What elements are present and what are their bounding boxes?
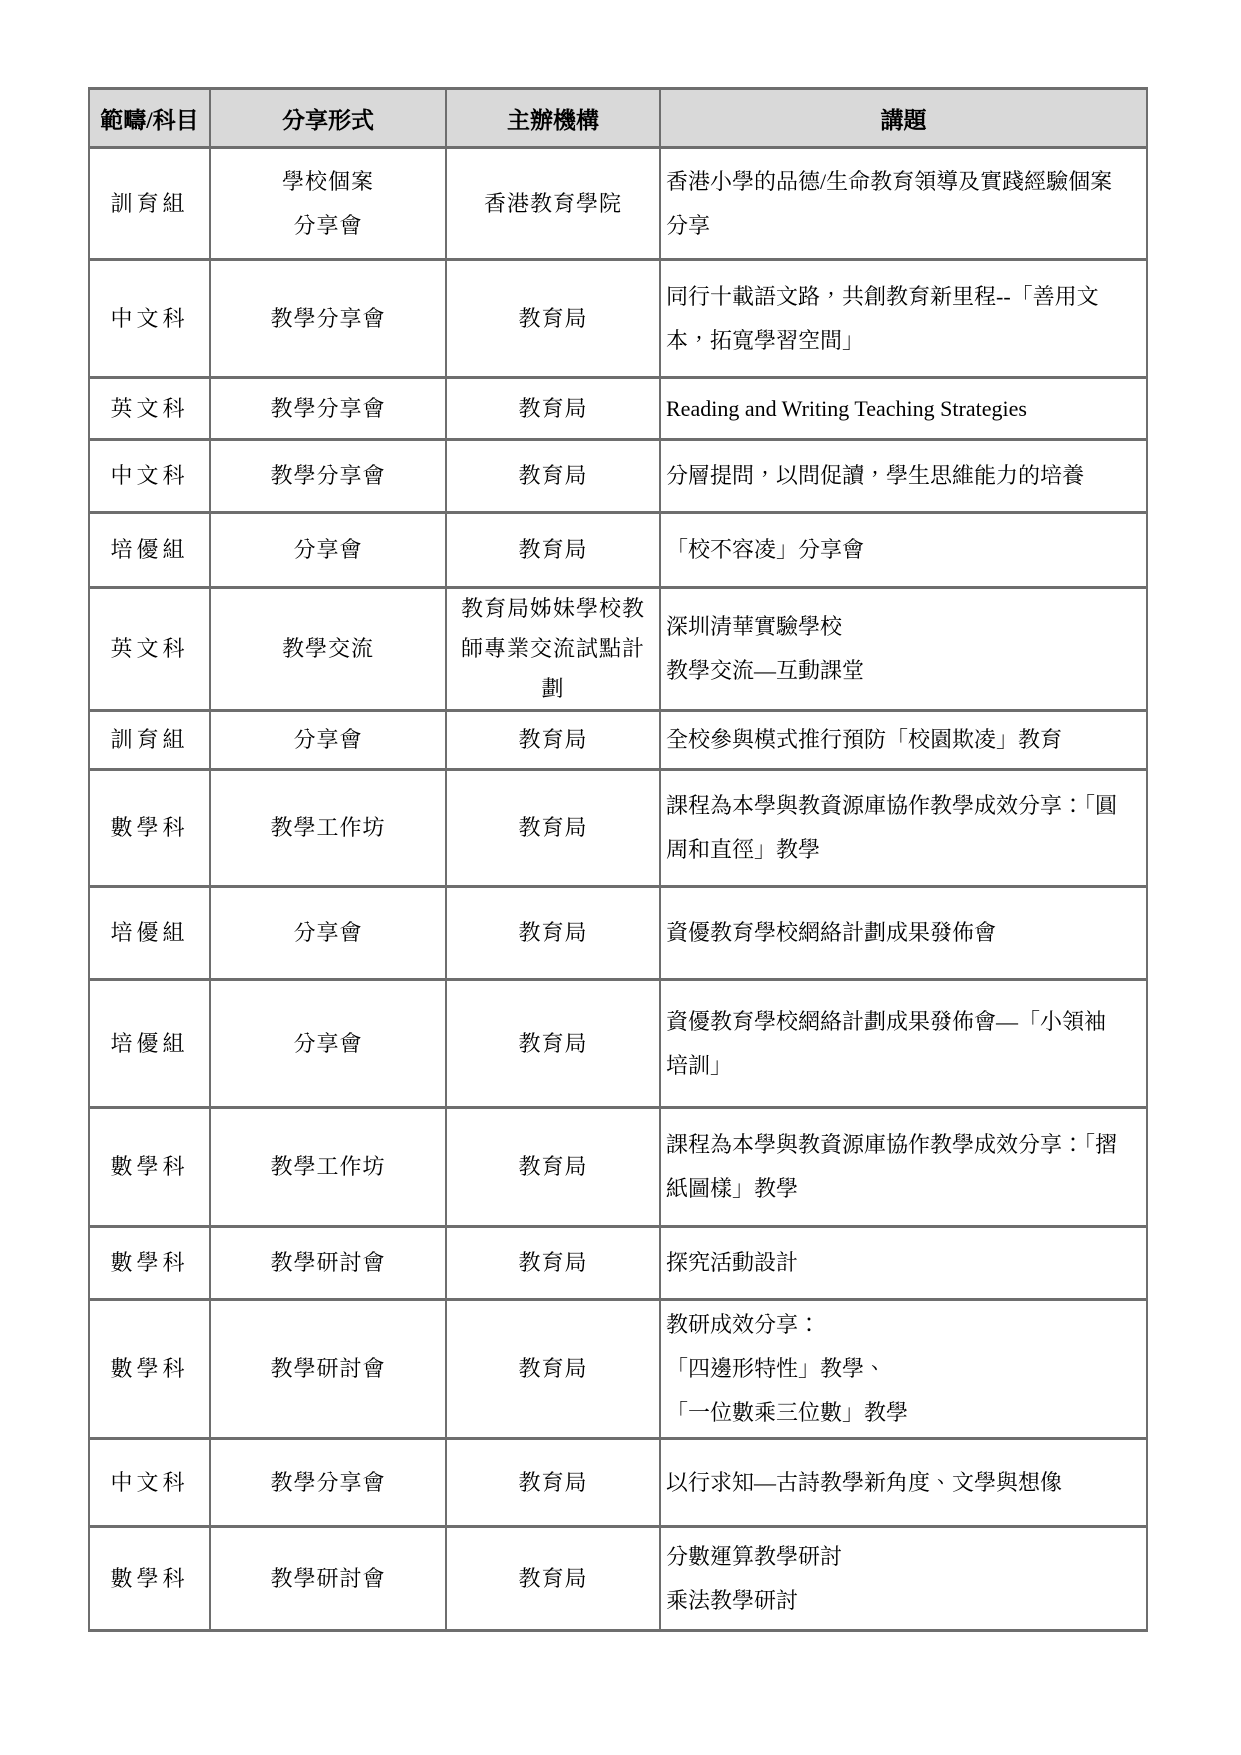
table-row: 英文科 教學分享會 教育局 Reading and Writing Teachi… xyxy=(89,378,1147,440)
cell-category: 數學科 xyxy=(89,1527,210,1631)
table-row: 數學科 教學研討會 教育局 探究活動設計 xyxy=(89,1227,1147,1300)
cell-category: 英文科 xyxy=(89,588,210,711)
cell-topic: 全校參與模式推行預防「校園欺凌」教育 xyxy=(660,711,1147,770)
cell-topic: 教研成效分享： 「四邊形特性」教學、 「一位數乘三位數」教學 xyxy=(660,1300,1147,1439)
cell-format: 分享會 xyxy=(210,887,446,980)
table-row: 數學科 教學研討會 教育局 教研成效分享： 「四邊形特性」教學、 「一位數乘三位… xyxy=(89,1300,1147,1439)
cell-format: 分享會 xyxy=(210,980,446,1108)
cell-format: 教學分享會 xyxy=(210,440,446,513)
cell-topic: 以行求知—古詩教學新角度、文學與想像 xyxy=(660,1439,1147,1527)
cell-format: 教學交流 xyxy=(210,588,446,711)
cell-organizer: 教育局 xyxy=(446,770,660,887)
cell-category: 數學科 xyxy=(89,770,210,887)
cell-category: 培優組 xyxy=(89,980,210,1108)
cell-category: 數學科 xyxy=(89,1108,210,1227)
cell-category: 英文科 xyxy=(89,378,210,440)
cell-organizer: 教育局姊妹學校教師專業交流試點計劃 xyxy=(446,588,660,711)
cell-topic: 資優教育學校網絡計劃成果發佈會—「小領袖培訓」 xyxy=(660,980,1147,1108)
table-row: 中文科 教學分享會 教育局 同行十載語文路，共創教育新里程--「善用文本，拓寬學… xyxy=(89,260,1147,378)
table-row: 培優組 分享會 教育局 資優教育學校網絡計劃成果發佈會 xyxy=(89,887,1147,980)
table-row: 數學科 教學工作坊 教育局 課程為本學與教資源庫協作教學成效分享：「圓周和直徑」… xyxy=(89,770,1147,887)
cell-organizer: 教育局 xyxy=(446,513,660,588)
cell-organizer: 教育局 xyxy=(446,980,660,1108)
cell-format: 分享會 xyxy=(210,513,446,588)
cell-format: 教學分享會 xyxy=(210,378,446,440)
table-row: 數學科 教學工作坊 教育局 課程為本學與教資源庫協作教學成效分享：「摺紙圖樣」教… xyxy=(89,1108,1147,1227)
cell-category: 中文科 xyxy=(89,260,210,378)
cell-category: 培優組 xyxy=(89,887,210,980)
cell-topic: 資優教育學校網絡計劃成果發佈會 xyxy=(660,887,1147,980)
table-header-row: 範疇/科目 分享形式 主辦機構 講題 xyxy=(89,89,1147,148)
cell-topic: Reading and Writing Teaching Strategies xyxy=(660,378,1147,440)
cell-format: 教學工作坊 xyxy=(210,1108,446,1227)
cell-topic: 同行十載語文路，共創教育新里程--「善用文本，拓寬學習空間」 xyxy=(660,260,1147,378)
cell-organizer: 教育局 xyxy=(446,1300,660,1439)
cell-category: 中文科 xyxy=(89,1439,210,1527)
cell-topic: 香港小學的品德/生命教育領導及實踐經驗個案分享 xyxy=(660,148,1147,260)
table-row: 數學科 教學研討會 教育局 分數運算教學研討 乘法教學研討 xyxy=(89,1527,1147,1631)
column-header-category: 範疇/科目 xyxy=(89,89,210,148)
cell-category: 培優組 xyxy=(89,513,210,588)
cell-category: 數學科 xyxy=(89,1227,210,1300)
table-row: 中文科 教學分享會 教育局 以行求知—古詩教學新角度、文學與想像 xyxy=(89,1439,1147,1527)
cell-organizer: 教育局 xyxy=(446,440,660,513)
cell-topic: 深圳清華實驗學校 教學交流—互動課堂 xyxy=(660,588,1147,711)
cell-format: 學校個案 分享會 xyxy=(210,148,446,260)
column-header-topic: 講題 xyxy=(660,89,1147,148)
cell-category: 訓育組 xyxy=(89,148,210,260)
sharing-sessions-table: 範疇/科目 分享形式 主辦機構 講題 訓育組 學校個案 分享會 香港教育學院 香… xyxy=(88,87,1148,1632)
cell-topic: 課程為本學與教資源庫協作教學成效分享：「圓周和直徑」教學 xyxy=(660,770,1147,887)
cell-format: 分享會 xyxy=(210,711,446,770)
table-row: 培優組 分享會 教育局 資優教育學校網絡計劃成果發佈會—「小領袖培訓」 xyxy=(89,980,1147,1108)
table-row: 訓育組 分享會 教育局 全校參與模式推行預防「校園欺凌」教育 xyxy=(89,711,1147,770)
table-row: 訓育組 學校個案 分享會 香港教育學院 香港小學的品德/生命教育領導及實踐經驗個… xyxy=(89,148,1147,260)
cell-format: 教學研討會 xyxy=(210,1300,446,1439)
cell-organizer: 教育局 xyxy=(446,1527,660,1631)
cell-topic: 分層提問，以問促讀，學生思維能力的培養 xyxy=(660,440,1147,513)
cell-organizer: 教育局 xyxy=(446,378,660,440)
table-row: 培優組 分享會 教育局 「校不容凌」分享會 xyxy=(89,513,1147,588)
cell-format: 教學分享會 xyxy=(210,260,446,378)
cell-format: 教學工作坊 xyxy=(210,770,446,887)
document-page: 範疇/科目 分享形式 主辦機構 講題 訓育組 學校個案 分享會 香港教育學院 香… xyxy=(0,0,1241,1755)
cell-format: 教學研討會 xyxy=(210,1527,446,1631)
cell-category: 訓育組 xyxy=(89,711,210,770)
cell-category: 數學科 xyxy=(89,1300,210,1439)
table-body: 訓育組 學校個案 分享會 香港教育學院 香港小學的品德/生命教育領導及實踐經驗個… xyxy=(89,148,1147,1631)
column-header-organizer: 主辦機構 xyxy=(446,89,660,148)
table-header: 範疇/科目 分享形式 主辦機構 講題 xyxy=(89,89,1147,148)
cell-organizer: 教育局 xyxy=(446,1439,660,1527)
cell-organizer: 香港教育學院 xyxy=(446,148,660,260)
cell-format: 教學研討會 xyxy=(210,1227,446,1300)
cell-topic: 探究活動設計 xyxy=(660,1227,1147,1300)
cell-topic: 分數運算教學研討 乘法教學研討 xyxy=(660,1527,1147,1631)
cell-organizer: 教育局 xyxy=(446,260,660,378)
cell-topic: 課程為本學與教資源庫協作教學成效分享：「摺紙圖樣」教學 xyxy=(660,1108,1147,1227)
cell-format: 教學分享會 xyxy=(210,1439,446,1527)
cell-topic: 「校不容凌」分享會 xyxy=(660,513,1147,588)
table-row: 英文科 教學交流 教育局姊妹學校教師專業交流試點計劃 深圳清華實驗學校 教學交流… xyxy=(89,588,1147,711)
column-header-format: 分享形式 xyxy=(210,89,446,148)
cell-organizer: 教育局 xyxy=(446,1108,660,1227)
cell-organizer: 教育局 xyxy=(446,1227,660,1300)
cell-organizer: 教育局 xyxy=(446,887,660,980)
cell-category: 中文科 xyxy=(89,440,210,513)
table-row: 中文科 教學分享會 教育局 分層提問，以問促讀，學生思維能力的培養 xyxy=(89,440,1147,513)
cell-organizer: 教育局 xyxy=(446,711,660,770)
